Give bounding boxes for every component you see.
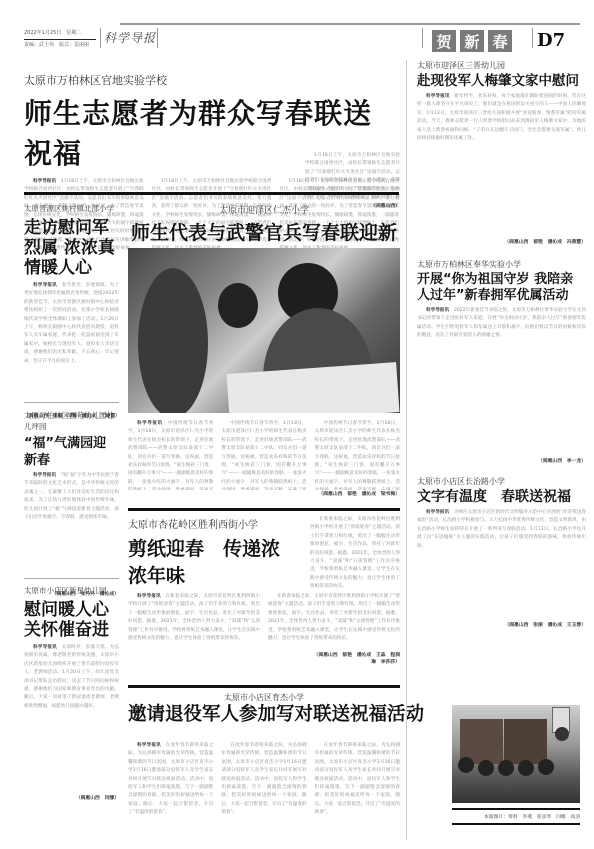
center-story-2-col3: 在新春来临之际，太原市杏花岭区胜利西街小学校开展了“剪纸迎春”主题活动。孩子们手…	[310, 516, 400, 665]
story-headline: “福”气满园迎新春	[24, 435, 119, 469]
paper-logo: 科学导报	[104, 29, 156, 46]
page-number: D7	[537, 30, 565, 51]
story-credit: （阎惠山西 郁艳 潘沁成 冯燕慧）	[417, 238, 586, 245]
story-kicker: 太原市小店区长治路小学	[417, 476, 586, 487]
lead-kicker: 太原市万柏林区官地实验学校	[24, 72, 399, 88]
story-kicker: 太原晋源区姚村镇北邵小学	[24, 203, 119, 214]
masthead-divider	[532, 28, 533, 48]
section-char: 春	[488, 30, 512, 52]
section-banner: 贺 新 春	[432, 30, 512, 52]
lead-body-col-4: 1月18日上午，太原市万柏林区官地实验学校联合岗西社区，由校长带领师生志愿者开展…	[305, 152, 400, 209]
left-story-1: 太原晋源区姚村镇北邵小学 走访慰问军烈属 浓浓真情暖人心 科学导报讯 春节将至，…	[24, 203, 119, 419]
students-group-photo	[452, 705, 580, 803]
bottom-story-body: 科学导报讯 在虎年春节即将来临之际，为弘扬拥军优属的光荣传统，营造温馨和谐的节日…	[128, 742, 400, 832]
story-headline: 走访慰问军烈属 浓浓真情暖人心	[24, 218, 119, 278]
section-char: 贺	[432, 30, 456, 52]
masthead-meta: 2022年1月25日 星期二 责编：武士伟 版式：雷丽丽	[24, 28, 96, 51]
story-credit: （阎惠山西 闫娜）	[24, 794, 119, 801]
story-kicker: 太原市小店区育杰小学	[128, 692, 400, 703]
story-credit: （阎惠山西 张丽 潘沁成 王玉蓉）	[417, 621, 586, 628]
masthead-rule	[120, 23, 580, 25]
section-rule	[24, 192, 399, 195]
bottom-story: 太原市小店区育杰小学 邀请退役军人参加写对联送祝福活动	[128, 692, 400, 725]
masthead-divider	[157, 28, 158, 48]
section-rule	[128, 685, 400, 688]
soldiers-writing-couplets-photo	[128, 248, 400, 413]
story-headline: 文字有温度 春联送祝福	[417, 489, 586, 506]
divider	[24, 402, 119, 403]
left-story-2: 太原万柏林区西苑幼儿园杜儿坪园 “福”气满园迎新春 科学导报讯 “贴”福“字作为…	[24, 410, 119, 597]
story-kicker: 太原市迎泽区三晋幼儿园	[417, 60, 586, 71]
masthead-divider	[422, 28, 423, 48]
story-kicker: 太原市小店区新星幼儿园	[24, 585, 119, 596]
section-rule	[128, 508, 400, 511]
story-headline: 赴现役军人梅肇文家中慰问	[417, 73, 586, 90]
story-kicker: 太原市万柏林区奉华实验小学	[417, 259, 586, 270]
issue-date: 2022年1月25日 星期二	[24, 28, 96, 40]
sidebar-story-3: 太原市小店区长治路小学 文字有温度 春联送祝福 科学导报讯 为响应太原市小店区新…	[417, 476, 586, 628]
story-credit: （阎惠山西 李一龙）	[417, 457, 586, 464]
story-kicker: 太原市迎泽区仁杰小学	[128, 203, 400, 216]
sidebar-story-1: 太原市迎泽区三晋幼儿园 赴现役军人梅肇文家中慰问 科学导报讯 新年将至，欢乐祥和…	[417, 60, 586, 245]
section-char: 新	[460, 30, 484, 52]
story-credit: （阎惠山西 郁艳 潘沁成 王淼 程润琳 李莎莎）	[310, 651, 400, 665]
story-headline: 慰问暖人心 关怀催奋进	[24, 600, 114, 640]
sidebar-story-2: 太原市万柏林区奉华实验小学 开展“你为祖国守岁 我陪亲人过年”新春拥军优属活动 …	[417, 259, 586, 464]
story-kicker: 太原万柏林区西苑幼儿园杜儿坪园	[24, 410, 119, 432]
story-headline: 邀请退役军人参加写对联送祝福活动	[128, 705, 400, 725]
story-headline: 剪纸迎春 传递浓浓年味	[128, 534, 298, 588]
center-story-1-body: 科学导报讯 中国传统节日春节将至，1月18日，太原市迎泽区仁杰小学的师生代表在杨…	[128, 420, 400, 497]
photo-caption: 本版图片：资料 李燕 崔彦琴 闫娜 高清	[452, 808, 580, 825]
story-credit: （阎惠山西 郁艳 潘沁成 梁韦梅）	[128, 490, 400, 497]
byline: 科学导报讯	[33, 179, 56, 184]
story-headline: 开展“你为祖国守岁 我陪亲人过年”新春拥军优属活动	[417, 272, 586, 304]
left-story-3: 太原市小店区新星幼儿园 慰问暖人心 关怀催奋进 科学导报讯 太原时评，岁暮天寒。…	[24, 585, 119, 801]
masthead-divider	[100, 28, 101, 48]
editors-line: 责编：武士伟 版式：雷丽丽	[24, 42, 89, 48]
divider	[24, 578, 119, 579]
